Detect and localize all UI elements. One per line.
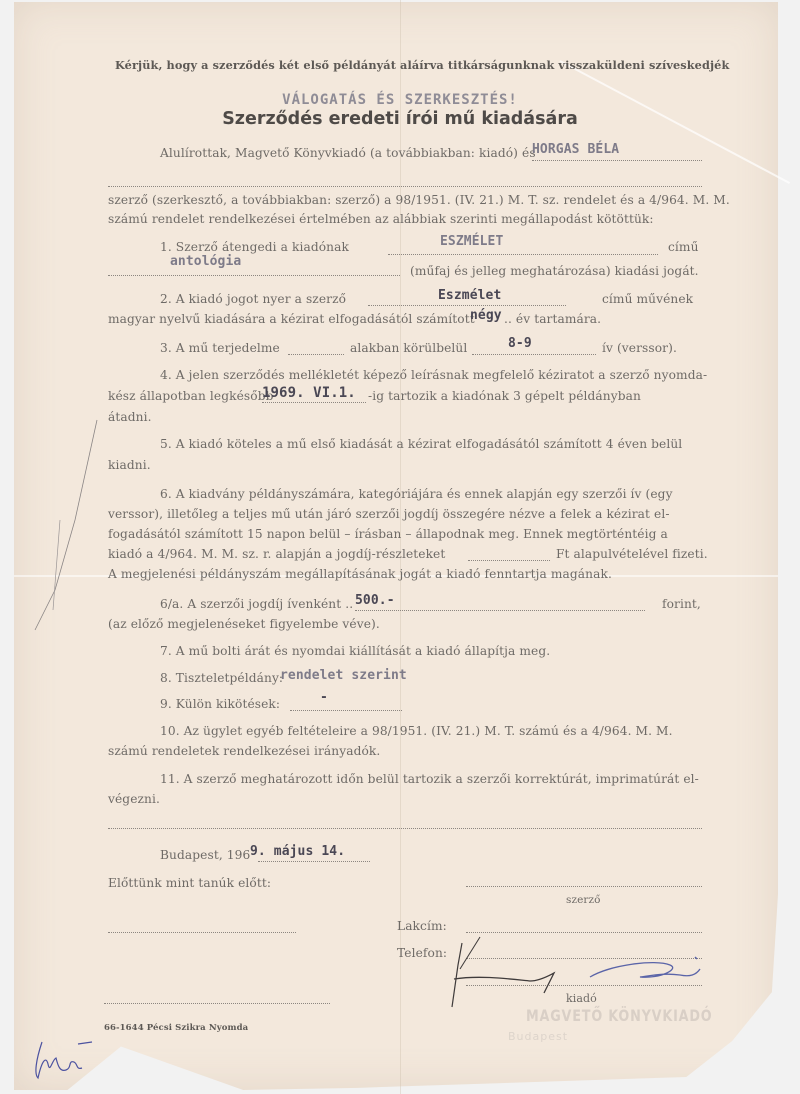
margin-handwriting-icon xyxy=(28,1030,108,1086)
clause-4-line2-prefix: kész állapotban legkésőbb xyxy=(108,389,274,403)
clause-6-line3: fogadásától számított 15 napon belül – í… xyxy=(108,527,668,541)
author-name-field xyxy=(532,160,702,161)
clause-1-prefix: 1. Szerző átengedi a kiadónak xyxy=(160,240,349,254)
clause-9-prefix: 9. Külön kikötések: xyxy=(160,697,280,711)
work-title-2-field xyxy=(368,305,566,306)
clause-7: 7. A mű bolti árát és nyomdai kiállításá… xyxy=(160,644,550,658)
author-label: szerző xyxy=(566,894,601,906)
signature-marks xyxy=(440,935,730,1015)
clause-6-line4-suffix: Ft alapulvételével fizeti. xyxy=(556,547,708,561)
margin-pencil-marks xyxy=(15,380,115,640)
clause-2-line2-prefix: magyar nyelvű kiadására a kézirat elfoga… xyxy=(108,312,475,326)
deadline-typed: 1969. VI.1. xyxy=(262,385,356,401)
format-field xyxy=(288,354,344,355)
address-label: Lakcím: xyxy=(397,919,447,933)
work-title-2-typed: Eszmélet xyxy=(438,288,501,303)
length-typed: 8-9 xyxy=(508,336,532,351)
clause-2-line2-suffix: .. év tartamára. xyxy=(504,312,601,326)
witness-1-line xyxy=(108,932,296,933)
royalty-amount-field xyxy=(355,610,645,611)
clause-6-line4-prefix: kiadó a 4/964. M. M. sz. r. alapján a jo… xyxy=(108,547,445,561)
clause-6-line5: A megjelenési példányszám megállapításán… xyxy=(108,567,612,581)
genre-typed: antológia xyxy=(170,254,241,269)
clause-11-line1: 11. A szerző meghatározott időn belül ta… xyxy=(160,772,699,786)
clause-6-line2: verssor), illetőleg a teljes mű után jár… xyxy=(108,507,670,521)
clause-1-suffix: című xyxy=(668,240,699,254)
date-field xyxy=(258,861,370,862)
royalty-base-field xyxy=(468,560,550,561)
author-name: HORGAS BÉLA xyxy=(532,142,619,157)
clause-4-line2-suffix: -ig tartozik a kiadónak 3 gépelt példány… xyxy=(368,389,641,403)
clause-6-line1: 6. A kiadvány példányszámára, kategóriáj… xyxy=(160,487,673,501)
special-terms-field xyxy=(290,710,402,711)
clause-1-line2: (műfaj és jelleg meghatározása) kiadási … xyxy=(410,264,699,278)
clause-3-prefix: 3. A mű terjedelme xyxy=(160,341,280,355)
deadline-field xyxy=(262,402,366,403)
duration-years-typed: négy xyxy=(470,308,502,323)
work-title-typed: ESZMÉLET xyxy=(440,234,503,249)
publisher-stamp-line2: Budapest xyxy=(508,1030,568,1043)
page-title: Szerződés eredeti írói mű kiadására xyxy=(0,109,800,129)
clause-6a-line2: (az előző megjelenéseket figyelembe véve… xyxy=(108,617,380,631)
printer-imprint: 66-1644 Pécsi Szikra Nyomda xyxy=(104,1023,248,1033)
clause-3-suffix: ív (verssor). xyxy=(602,341,677,355)
stamp-heading: VÁLOGATÁS ÉS SZERKESZTÉS! xyxy=(0,92,800,108)
clause-6a-suffix: forint, xyxy=(662,597,701,611)
contract-paper xyxy=(14,2,778,1090)
royalty-amount-typed: 500.- xyxy=(355,593,395,608)
date-typed: 9. május 14. xyxy=(250,844,345,859)
address-field xyxy=(466,932,702,933)
place-date-prefix: Budapest, 196 xyxy=(160,848,250,862)
intro-line1: Alulírottak, Magvető Könyvkiadó (a továb… xyxy=(160,146,536,160)
clause-2-prefix: 2. A kiadó jogot nyer a szerző xyxy=(160,292,346,306)
work-title-field xyxy=(388,254,658,255)
clause-4-line1: 4. A jelen szerződés mellékletét képező … xyxy=(160,368,707,382)
clause-2-suffix: című művének xyxy=(602,292,693,306)
clause-3-middle: alakban körülbelül xyxy=(350,341,467,355)
clause-6a-prefix: 6/a. A szerzői jogdíj ívenként .. xyxy=(160,597,353,611)
clause-11-line2: végezni. xyxy=(108,792,160,806)
special-terms-typed: - xyxy=(320,690,328,705)
top-instruction: Kérjük, hogy a szerződés két első példán… xyxy=(115,58,729,72)
witness-2-line xyxy=(104,1003,330,1004)
complimentary-copies-typed: rendelet szerint xyxy=(280,668,407,683)
intro-line2: szerző (szerkesztő, a továbbiakban: szer… xyxy=(108,193,730,207)
clause-5-line1: 5. A kiadó köteles a mű első kiadását a … xyxy=(160,437,682,451)
clause-10-line1: 10. Az ügylet egyéb feltételeire a 98/19… xyxy=(160,724,673,738)
author-signature-line xyxy=(466,886,702,887)
clause-10-line2: számú rendeletek rendelkezései irányadók… xyxy=(108,744,380,758)
blank-line-2 xyxy=(108,828,702,829)
clause-8-prefix: 8. Tiszteletpéldány: xyxy=(160,671,283,685)
witnesses-label: Előttünk mint tanúk előtt: xyxy=(108,876,271,890)
blank-line xyxy=(108,186,702,187)
intro-line3: számú rendelet rendelkezései értelmében … xyxy=(108,212,654,226)
length-field xyxy=(472,354,596,355)
genre-field xyxy=(108,275,400,276)
